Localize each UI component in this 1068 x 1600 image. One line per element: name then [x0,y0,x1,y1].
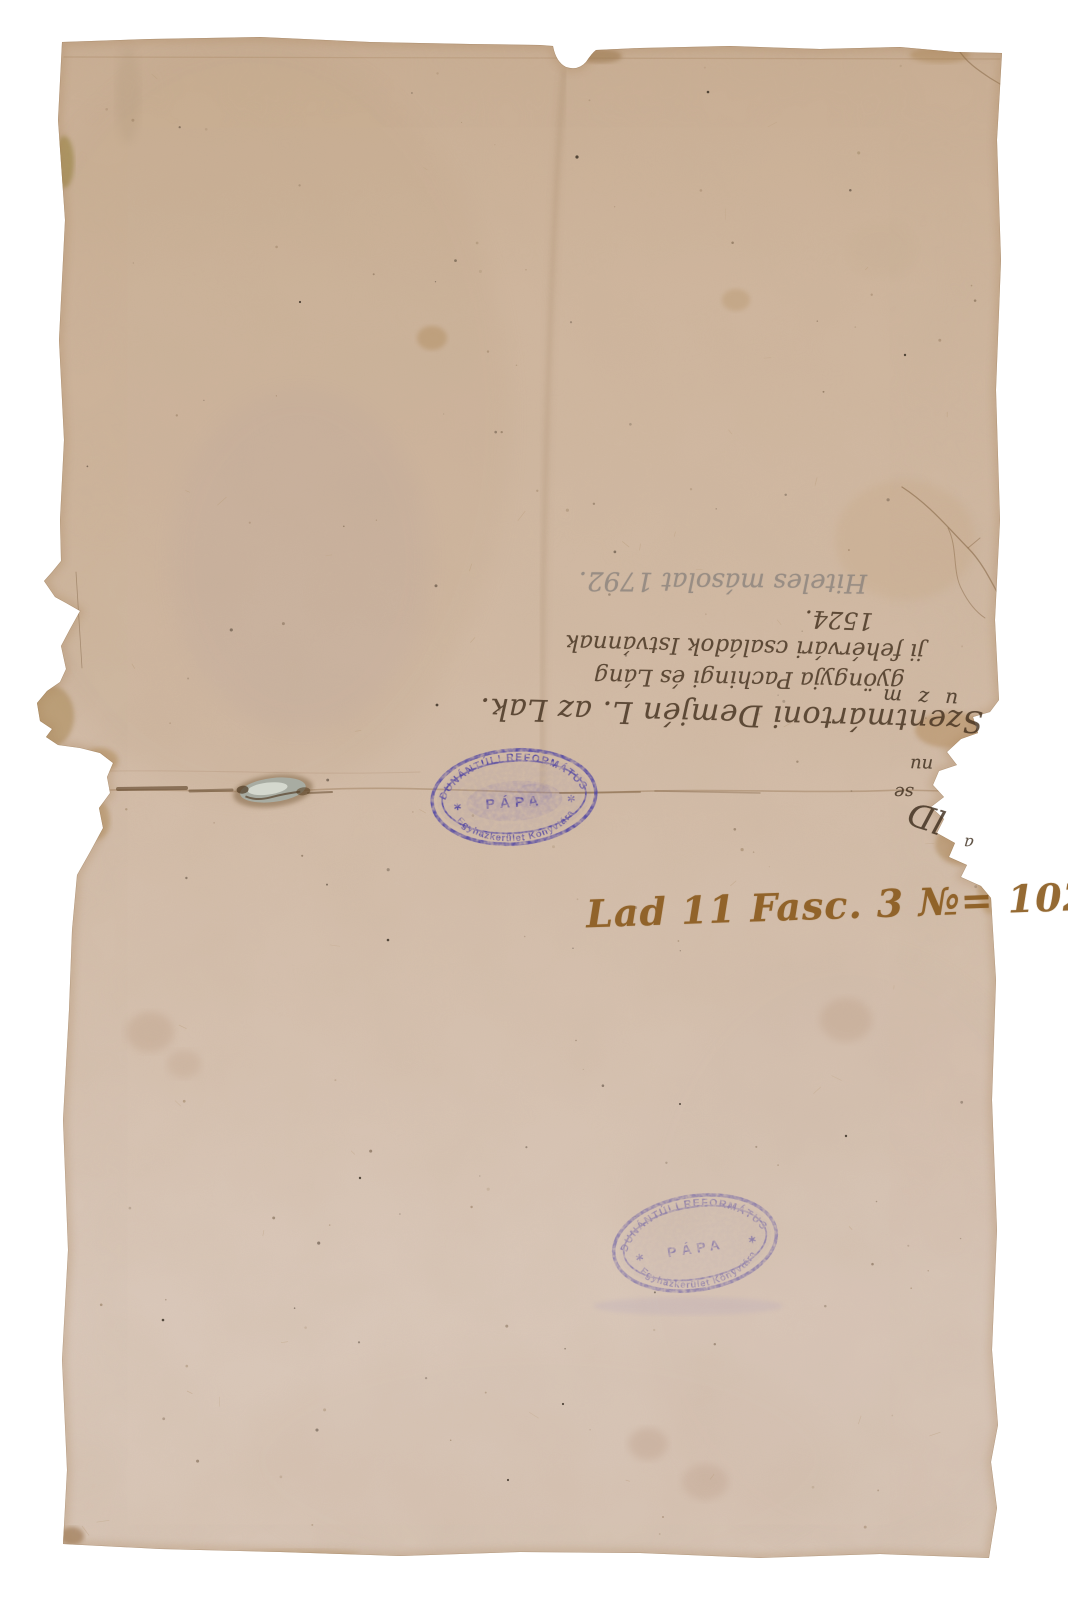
inverted-handwriting: Szentmártoni Demjén L. az Lak. gyöngyja … [544,556,993,747]
stamp-star-left-icon: ∗ [634,1251,645,1264]
handwriting-year: 1524. [549,595,874,633]
handwriting-line-2: gyöngyja Pachingi és Láng [547,663,905,692]
manuscript-photo: Szentmártoni Demjén L. az Lak. gyöngyja … [0,0,1068,1600]
ink-fragment: nu [910,754,934,775]
stamp-star-right-icon: ∗ [566,793,576,806]
ink-fragment: u z m [877,684,958,712]
library-stamp-center: DUNÁNTÚLI REFORMÁTUS Egyházkerület Könyv… [423,739,606,855]
ink-fragment: a [963,834,974,854]
ink-fragment: se [894,782,914,803]
stamp-star-right-icon: ∗ [747,1233,758,1246]
stamp-star-left-icon: ∗ [453,801,463,814]
pencil-annotation: Hiteles másolat 1792. [551,567,867,596]
